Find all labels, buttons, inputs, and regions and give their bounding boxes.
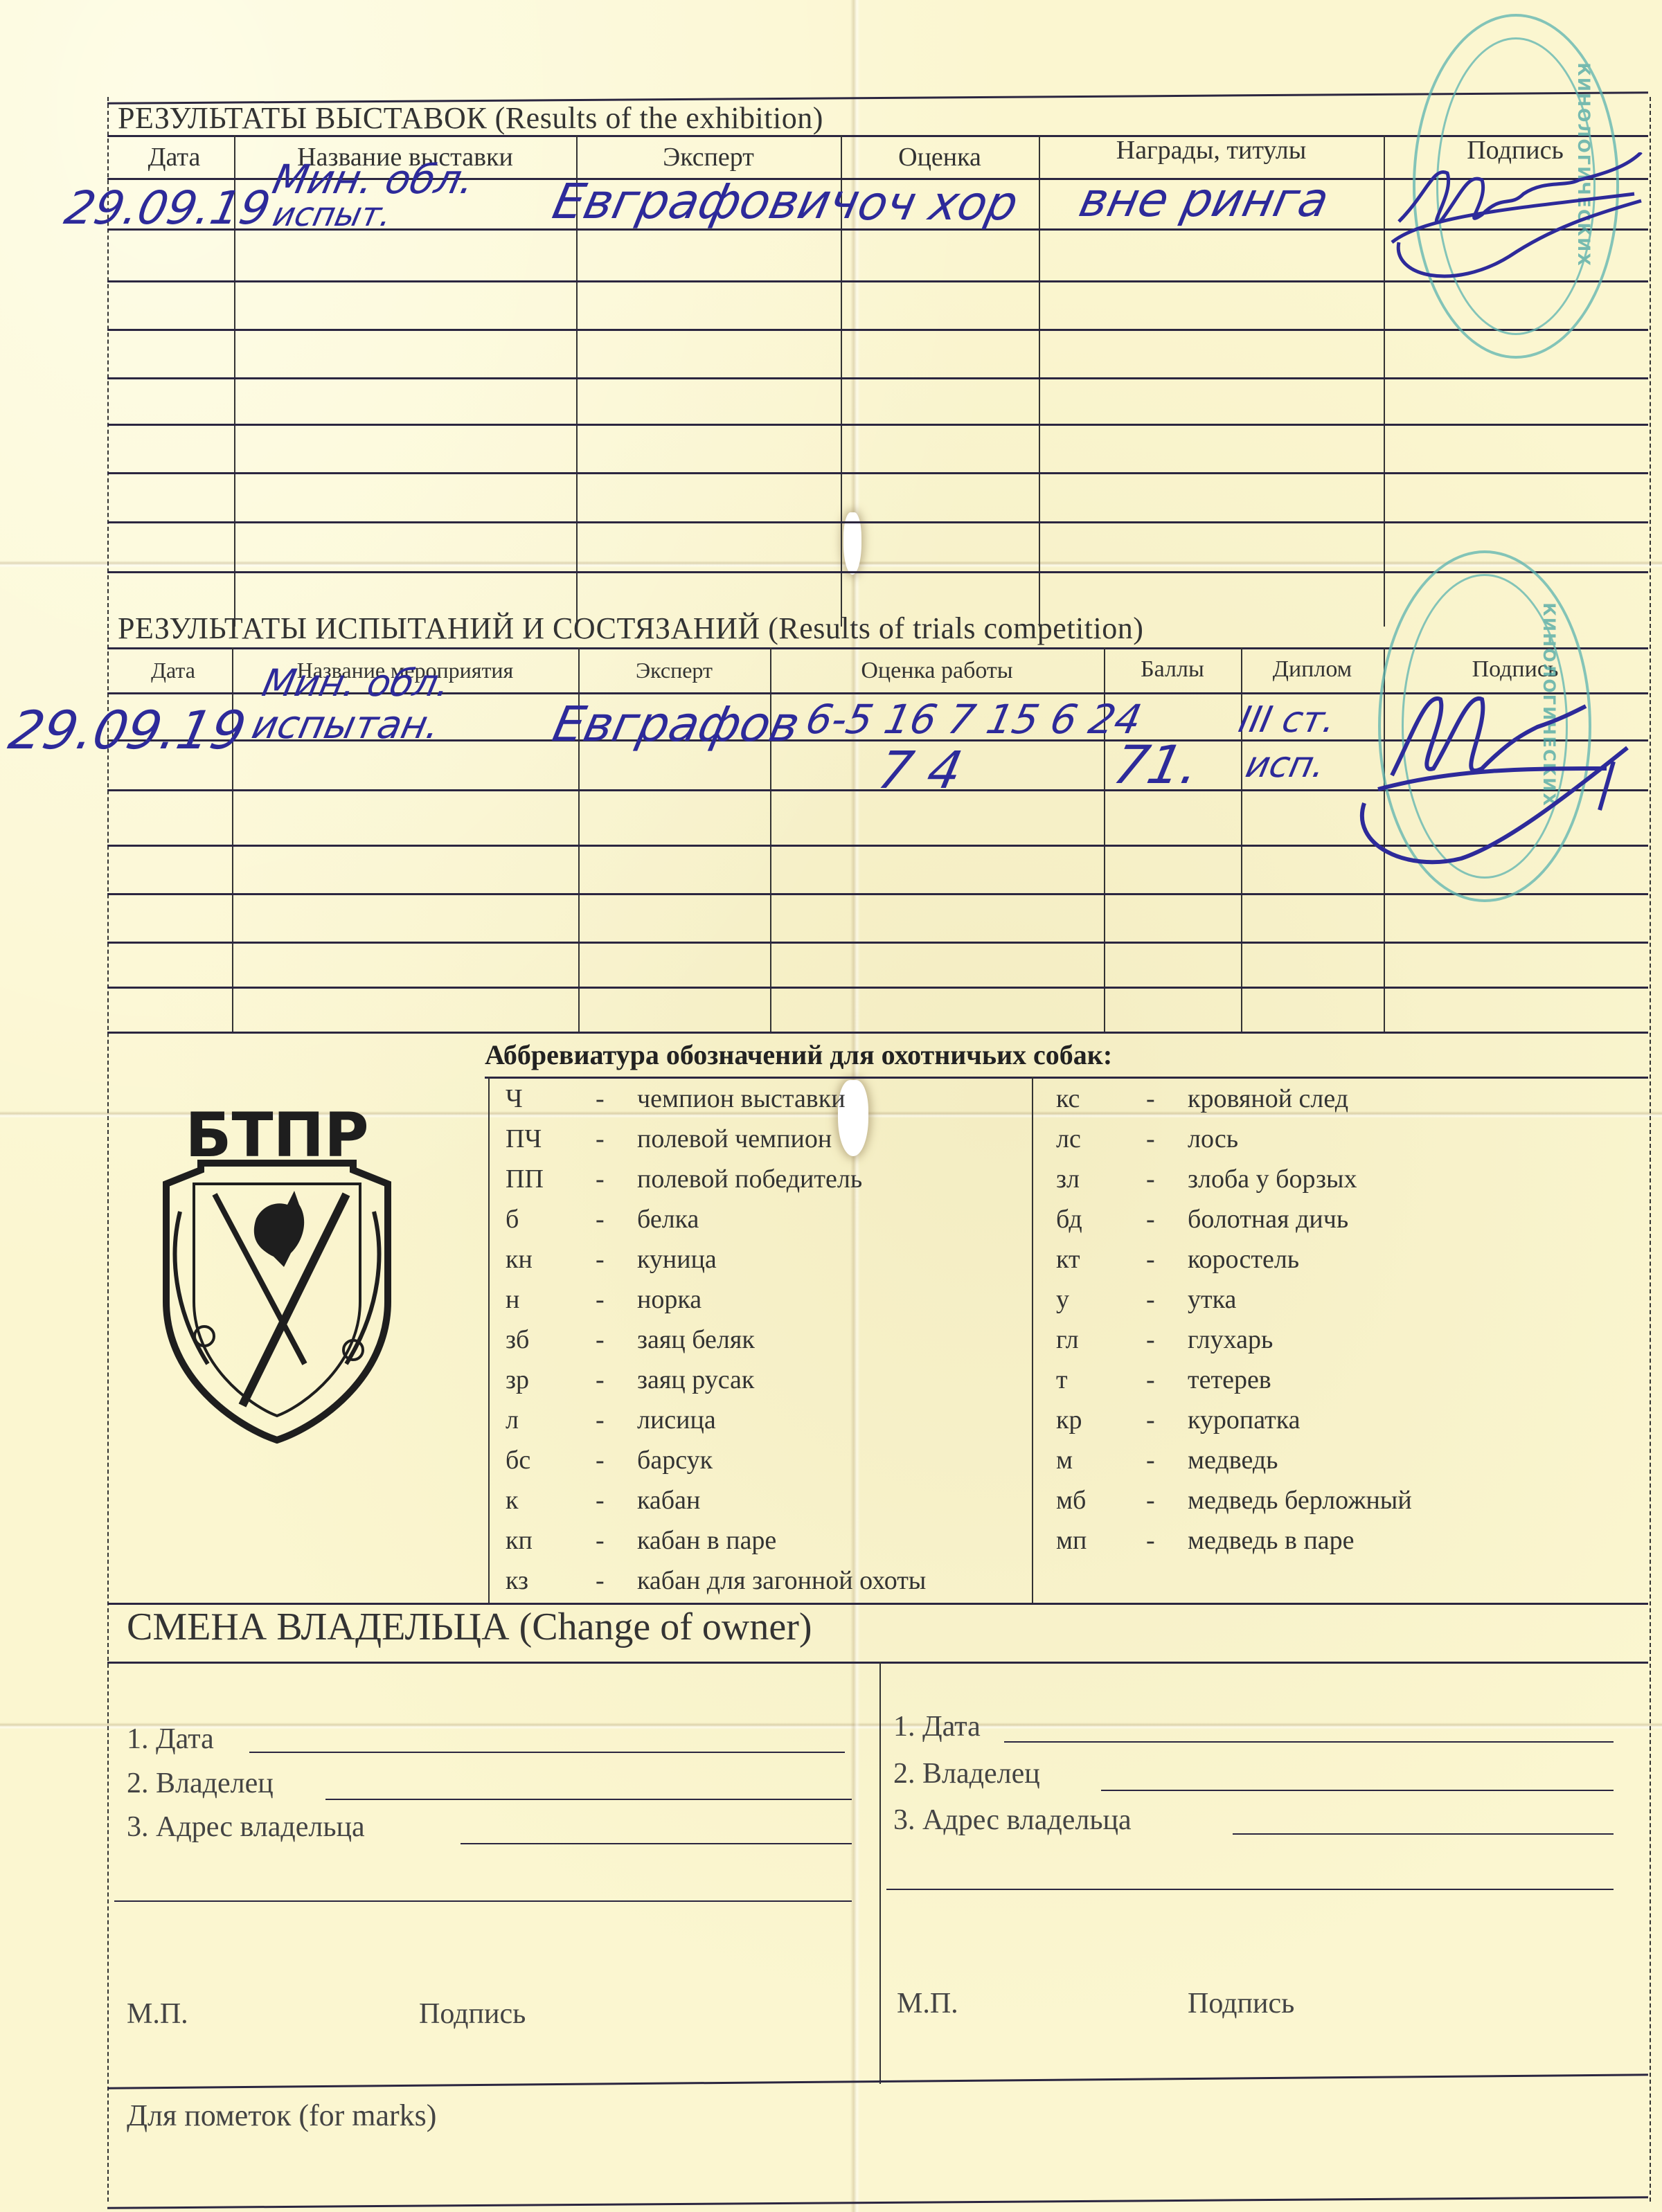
- change-of-owner-title: СМЕНА ВЛАДЕЛЬЦА (Change of owner): [127, 1605, 812, 1649]
- exhibition-row-awards[interactable]: вне ринга: [1075, 173, 1334, 228]
- owner2-seal-label: М.П.: [897, 1987, 958, 2020]
- column-header-date: Дата: [114, 658, 232, 683]
- owner1-date-input[interactable]: [249, 1752, 845, 1753]
- table-rule: [107, 1032, 1648, 1034]
- trials-row-expert[interactable]: Евграфов: [548, 696, 805, 753]
- column-header-points: Баллы: [1104, 656, 1241, 683]
- exhibition-row-date[interactable]: 29.09.19: [60, 181, 275, 235]
- owner2-owner-input[interactable]: [1101, 1790, 1614, 1791]
- column-header-work-grade: Оценка работы: [770, 658, 1104, 684]
- table-rule: [107, 987, 1648, 989]
- owner2-signature-label: Подпись: [1188, 1987, 1294, 2020]
- owner1-seal-label: М.П.: [127, 1997, 188, 2031]
- owner2-date-input[interactable]: [1004, 1741, 1614, 1743]
- table-rule: [107, 472, 1648, 474]
- marks-area[interactable]: [111, 2139, 1645, 2205]
- owner2-address-input[interactable]: [1233, 1833, 1614, 1835]
- trials-row-diploma-line1[interactable]: III ст.: [1235, 699, 1340, 741]
- owner1-date-label: 1. Дата: [127, 1723, 214, 1756]
- abbreviations-title: Аббревиатура обозначений для охотничьих …: [485, 1038, 1112, 1071]
- trials-row-date[interactable]: 29.09.19: [4, 699, 251, 761]
- table-rule: [107, 1662, 1648, 1664]
- exhibition-row-grade[interactable]: оч хор: [853, 177, 1023, 231]
- owner1-owner-input[interactable]: [325, 1799, 852, 1800]
- trials-row-name-line1[interactable]: Мин. обл.: [258, 661, 454, 705]
- trials-row-work-grade-line2[interactable]: 7 4: [873, 741, 967, 800]
- owner1-address-label: 3. Адрес владельца: [127, 1810, 365, 1844]
- hunting-society-emblem: БТПР: [138, 1101, 415, 1447]
- owner1-address-input[interactable]: [461, 1843, 852, 1844]
- table-rule: [107, 942, 1648, 944]
- signature-exhibition: [1385, 152, 1648, 291]
- table-rule: [107, 329, 1648, 331]
- trials-row-diploma-line2[interactable]: исп.: [1242, 744, 1330, 786]
- column-header-expert: Эксперт: [578, 658, 770, 683]
- trials-row-name-line2[interactable]: испытан.: [248, 703, 444, 748]
- trials-title: РЕЗУЛЬТАТЫ ИСПЫТАНИЙ И СОСТЯЗАНИЙ (Resul…: [118, 611, 1143, 646]
- exhibition-title: РЕЗУЛЬТАТЫ ВЫСТАВОК (Results of the exhi…: [118, 100, 823, 136]
- exhibition-row-expert[interactable]: Евграфович: [548, 173, 865, 230]
- column-header-expert: Эксперт: [576, 142, 841, 172]
- owner1-owner-label: 2. Владелец: [127, 1767, 274, 1800]
- owner1-signature-label: Подпись: [419, 1997, 526, 2031]
- signature-trials: [1350, 665, 1641, 872]
- column-header-awards: Награды, титулы: [1039, 135, 1384, 165]
- trials-row-work-grade-line1[interactable]: 6-5 16 7 15 6 24: [802, 696, 1146, 743]
- owner-block-divider: [879, 1662, 881, 2084]
- table-column-divider: [1032, 1077, 1033, 1603]
- column-header-date: Дата: [114, 142, 234, 172]
- table-column-divider: [1039, 135, 1040, 627]
- owner2-owner-label: 2. Владелец: [893, 1757, 1040, 1790]
- marks-label: Для пометок (for marks): [127, 2098, 436, 2133]
- table-rule: [107, 377, 1648, 379]
- table-rule: [107, 521, 1648, 523]
- owner2-address-label: 3. Адрес владельца: [893, 1804, 1132, 1837]
- owner2-address-input-line2[interactable]: [886, 1889, 1614, 1890]
- table-rule: [107, 571, 1648, 573]
- trials-row-points[interactable]: 71.: [1109, 734, 1206, 795]
- owner2-date-label: 1. Дата: [893, 1710, 981, 1743]
- exhibition-row-name-line2[interactable]: испыт.: [269, 195, 395, 234]
- table-rule: [485, 1077, 1648, 1079]
- table-rule: [107, 424, 1648, 426]
- column-header-grade: Оценка: [841, 142, 1039, 172]
- owner1-address-input-line2[interactable]: [114, 1900, 852, 1902]
- table-rule: [107, 893, 1648, 895]
- table-column-divider: [488, 1077, 490, 1603]
